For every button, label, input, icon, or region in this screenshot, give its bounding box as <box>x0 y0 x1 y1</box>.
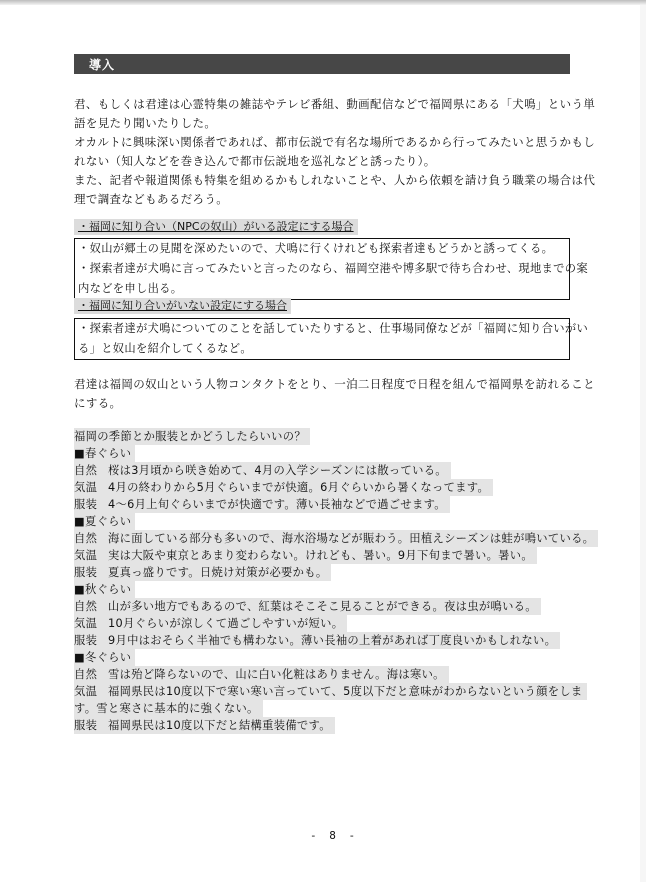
intro-line: 語を見たり聞いたりした。 <box>74 113 574 133</box>
season-row: 気温10月ぐらいが涼しくて過ごしやすいが短い。 <box>74 615 347 632</box>
season-row: 気温4月の終わりから5月ぐらいまでが快適。6月ぐらいから暑くなってます。 <box>74 479 493 496</box>
season-row: 服装福岡県民は10度以下だと結構重装備です。 <box>74 717 335 734</box>
season-title-spring: ■春ぐらい <box>74 445 135 462</box>
season-row: 服装4～6月上旬ぐらいまでが快適です。薄い長袖などで過ごせます。 <box>74 496 450 513</box>
intro-line: 君、もしくは君達は心霊特集の雑誌やテレビ番組、動画配信などで福岡県にある「犬鳴」… <box>74 94 574 114</box>
season-row: 自然山が多い地方でもあるので、紅葉はそこそこ見ることができる。夜は虫が鳴いる。 <box>74 598 541 615</box>
case2-line: る」と奴山を紹介してくるなど。 <box>75 339 569 359</box>
season-row: 気温福岡県民は10度以下で寒い寒い言っていて、5度以下だと意味がわからないという… <box>74 683 587 700</box>
season-row: 自然雪は殆ど降らないので、山に白い化粧はありません。海は寒い。 <box>74 666 449 683</box>
intro-line: れない（知人などを巻き込んで都市伝説地を巡礼などと誘ったり）。 <box>74 151 574 171</box>
case2-line: ・探索者達が犬鳴についてのことを話していたりすると、仕事場同僚などが「福岡に知り… <box>75 319 569 339</box>
season-title-autumn: ■秋ぐらい <box>74 581 135 598</box>
page-number: - 8 - <box>310 829 358 842</box>
case2-heading: ・福岡に知り合いがいない設定にする場合 <box>74 298 291 314</box>
case2-box: ・探索者達が犬鳴についてのことを話していたりすると、仕事場同僚などが「福岡に知り… <box>74 318 570 360</box>
season-row: 自然桜は3月頃から咲き始めて、4月の入学シーズンには散っている。 <box>74 462 451 479</box>
window-top-edge <box>0 0 646 5</box>
case1-line: 内などを申し出る。 <box>75 279 569 299</box>
contact-line: にする。 <box>74 393 574 413</box>
contact-line: 君達は福岡の奴山という人物コンタクトをとり、一泊二日程度で日程を組んで福岡県を訪… <box>74 374 574 394</box>
section-header: 導入 <box>74 54 570 74</box>
case1-heading: ・福岡に知り合い（NPCの奴山）がいる設定にする場合 <box>74 219 358 235</box>
season-row: 服装夏真っ盛りです。日焼け対策が必要かも。 <box>74 564 331 581</box>
case1-line: ・探索者達が犬鳴に言ってみたいと言ったのなら、福岡空港や博多駅で待ち合わせ、現地… <box>75 259 569 279</box>
season-row: 気温実は大阪や東京とあまり変わらない。けれども、暑い。9月下旬まで暑い。暑い。 <box>74 547 537 564</box>
season-title-summer: ■夏ぐらい <box>74 513 135 530</box>
intro-line: また、記者や報道関係も特集を組めるかもしれないことや、人から依頼を請け負う職業の… <box>74 170 574 190</box>
season-row: 服装9月中はおそらく半袖でも構わない。薄い長袖の上着があれば丁度良いかもしれない… <box>74 632 560 649</box>
season-row-continued: す。雪と寒さに基本的に強くない。 <box>74 700 263 717</box>
season-row: 自然海に面している部分も多いので、海水浴場などが賑わう。田植えシーズンは蛙が鳴い… <box>74 530 598 547</box>
case1-line: ・奴山が郷土の見聞を深めたいので、犬鳴に行くけれども探索者達もどうかと誘ってくる… <box>75 239 569 259</box>
case1-box: ・奴山が郷土の見聞を深めたいので、犬鳴に行くけれども探索者達もどうかと誘ってくる… <box>74 238 570 300</box>
scrollbar-track[interactable] <box>640 5 646 882</box>
intro-line: 理で調査などもあるだろう。 <box>74 189 574 209</box>
intro-line: オカルトに興味深い関係者であれば、都市伝説で有名な場所であるから行ってみたいと思… <box>74 132 574 152</box>
seasons-question: 福岡の季節とか服装とかどうしたらいいの？ <box>74 428 310 445</box>
section-title: 導入 <box>89 56 115 73</box>
season-title-winter: ■冬ぐらい <box>74 649 135 666</box>
